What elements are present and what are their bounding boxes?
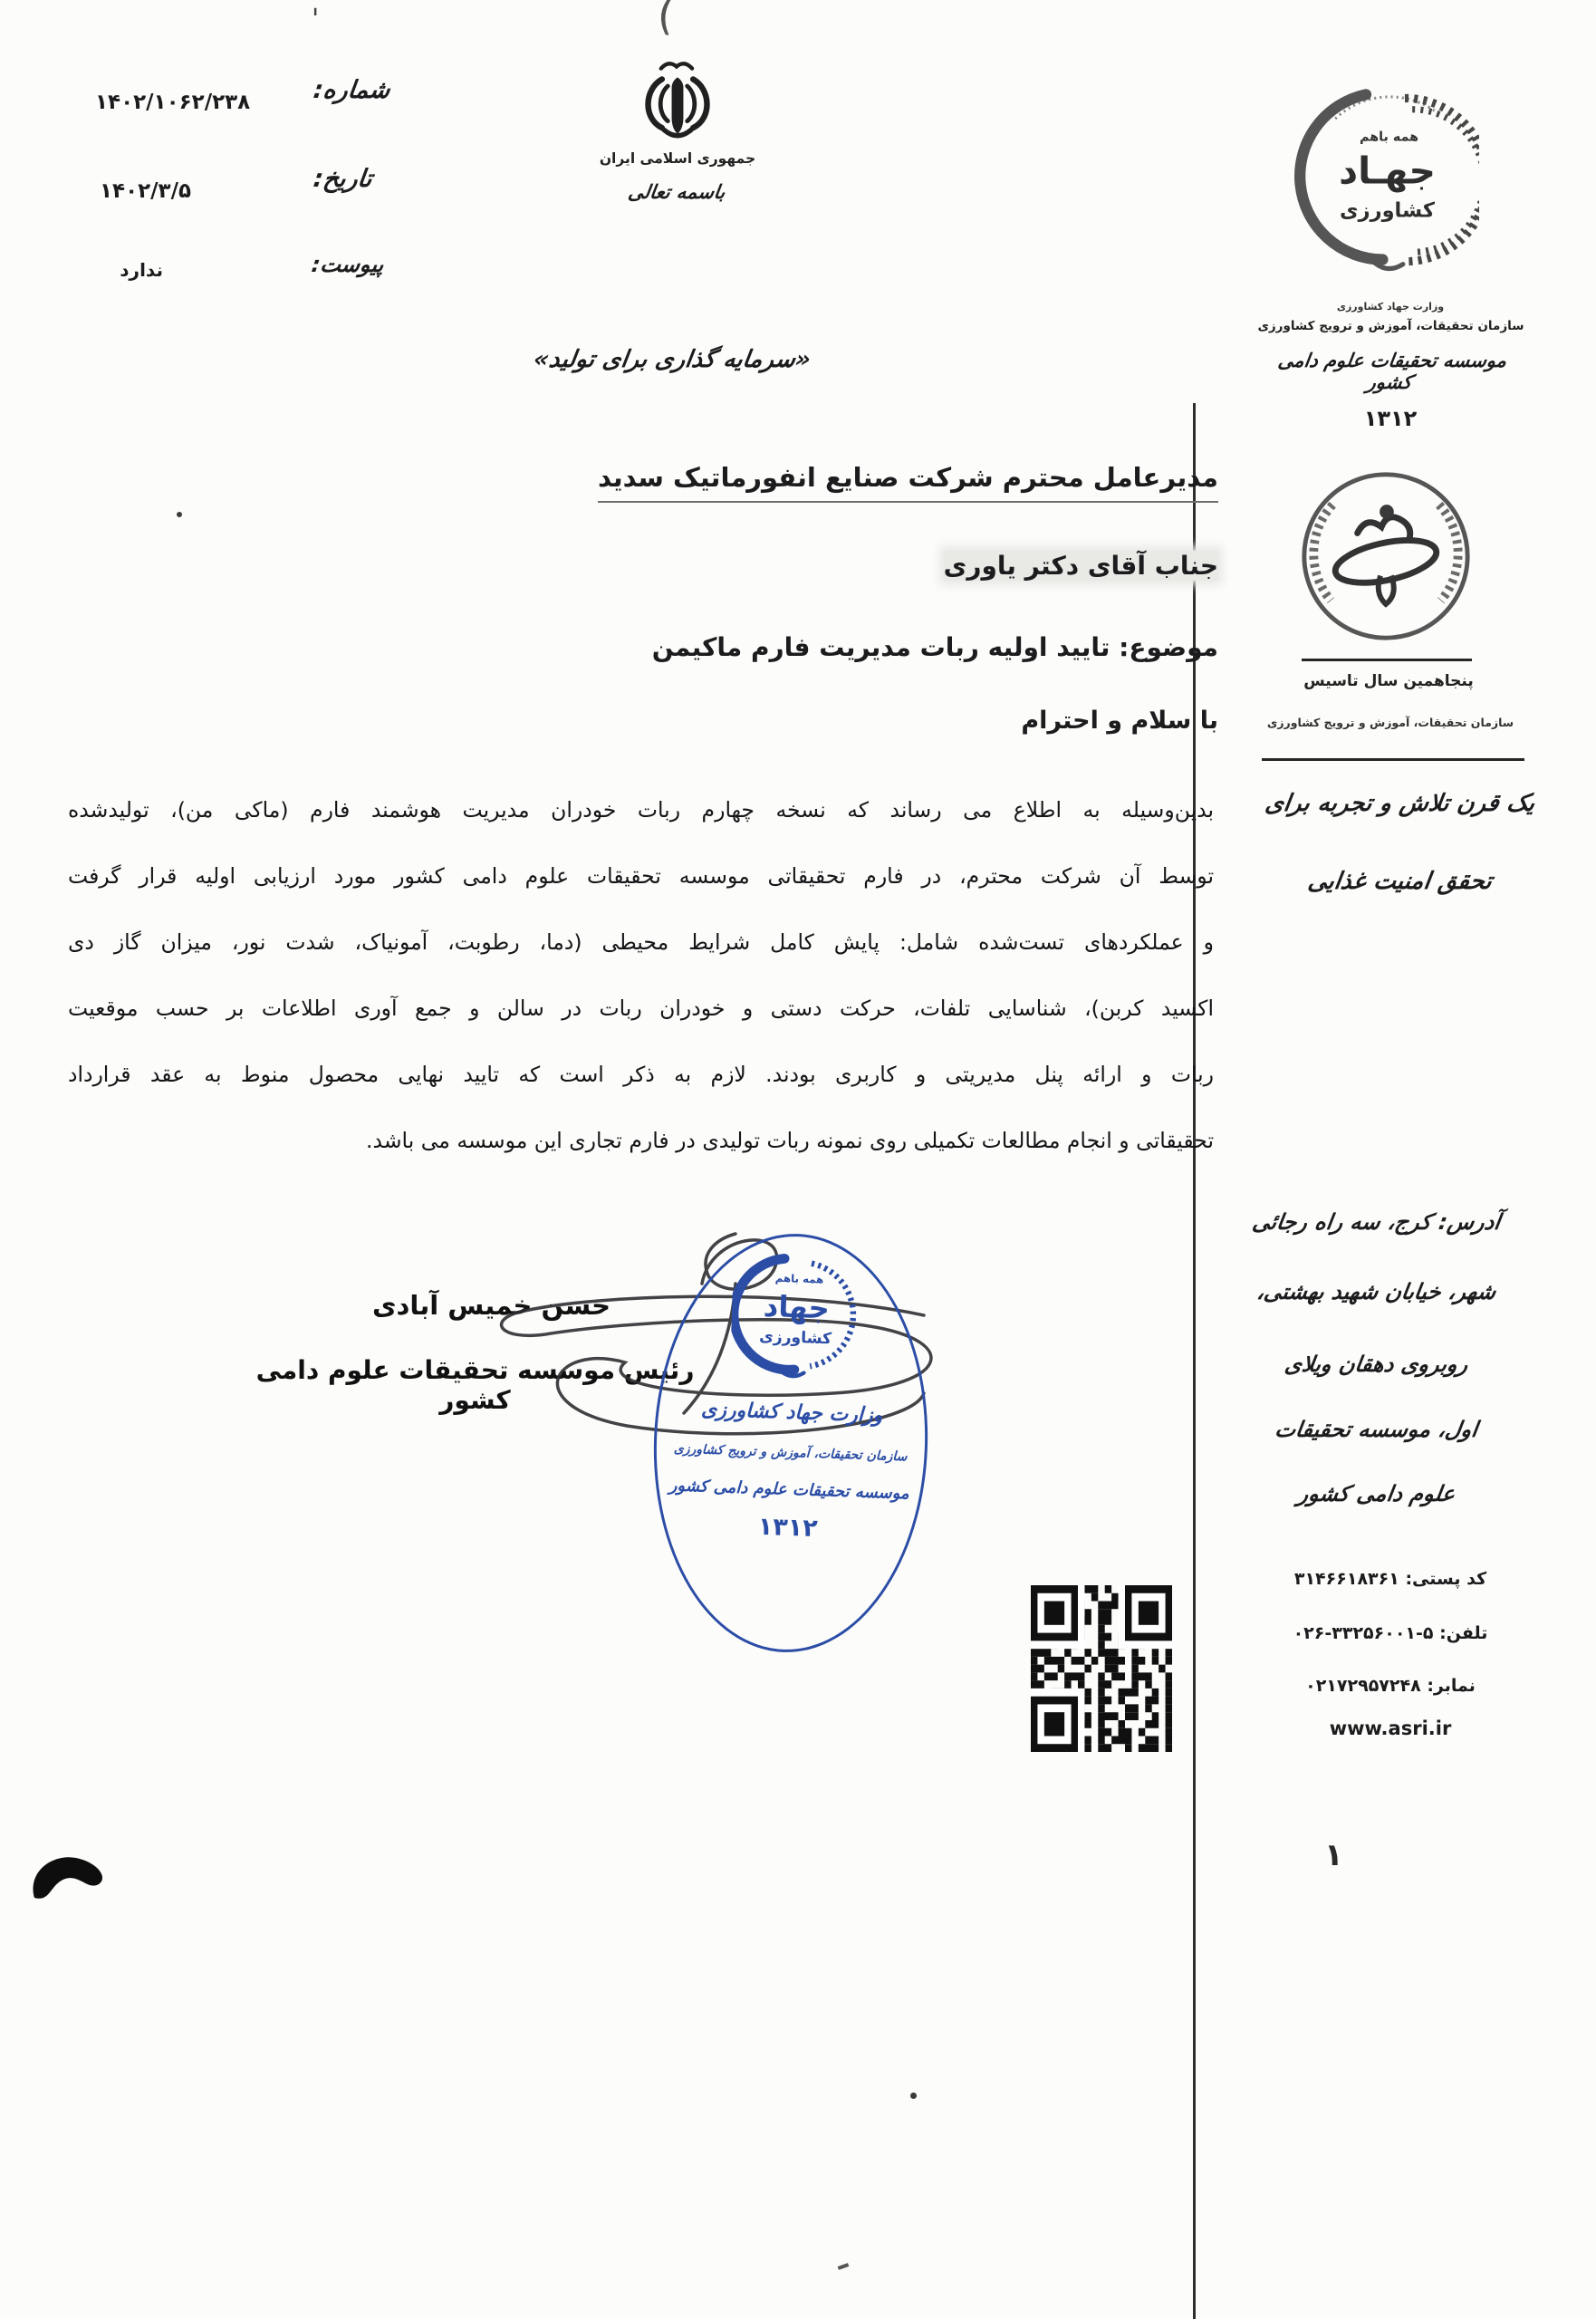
fax-line: نمابر: ۰۲۱۷۲۹۵۷۲۴۸: [1250, 1676, 1531, 1696]
phone-label: تلفن:: [1439, 1623, 1487, 1643]
page-number: ۱: [1324, 1837, 1343, 1873]
sidebar-divider-rule: [1302, 659, 1472, 661]
scan-artifact: (: [655, 0, 677, 41]
phone-line: تلفن: ۰۲۶-۳۳۲۵۶۰۰۱-۵: [1250, 1623, 1531, 1643]
iran-national-emblem-icon: [627, 60, 728, 152]
scan-artifact: [838, 2263, 850, 2270]
organization-repeat-text: سازمان تحقیقات، آموزش و ترویج کشاورزی: [1255, 716, 1525, 729]
letter-number-value: ۱۴۰۲/۱۰۶۲/۲۳۸: [95, 91, 240, 114]
anniversary-text: پنجاهمین سال تاسیس: [1266, 672, 1511, 690]
stamp-logo-subtitle: کشاورزی: [759, 1328, 832, 1349]
ink-blot-artifact: [25, 1848, 116, 1916]
recipient-line2: جناب آقای دکتر یاوری: [380, 551, 1218, 581]
recipient-line1: مدیرعامل محترم شرکت صنایع انفورماتیک سدی…: [380, 462, 1218, 503]
emblem-country-name: جمهوری اسلامی ایران: [587, 150, 768, 167]
letterhead-ministry: وزارت جهاد کشاورزی: [1273, 301, 1508, 313]
address-line: علوم دامی کشور: [1223, 1481, 1530, 1506]
jahad-keshavarzi-logo: همه باهم جهـاد کشاورزی: [1293, 80, 1479, 277]
letter-date-value: ۱۴۰۲/۳/۵: [100, 179, 199, 203]
recipient-person: جناب آقای دکتر یاوری: [944, 551, 1218, 581]
address-line: آدرس: کرج، سه راه رجائی: [1223, 1209, 1530, 1235]
scan-artifact: [910, 2093, 917, 2099]
logo-title: جهـاد: [1339, 149, 1436, 193]
column-divider-line: [1193, 403, 1196, 2319]
postal-code-value: ۳۱۴۶۶۱۸۳۶۱: [1294, 1569, 1399, 1589]
letter-slogan: «سرمایه گذاری برای تولید»: [498, 346, 846, 373]
body-line: تحقیقاتی و انجام مطالعات تکمیلی روی نمون…: [68, 1108, 1214, 1174]
stamp-logo-title: جهاد: [763, 1289, 830, 1326]
letterhead-organization: سازمان تحقیقات، آموزش و ترویج کشاورزی: [1253, 319, 1529, 333]
letter-attachment-label: پیوست:: [310, 252, 385, 277]
scan-artifact: [177, 512, 182, 517]
body-line: بدین‌وسیله به اطلاع می رساند که نسخه چها…: [68, 777, 1214, 843]
stamp-ministry: وزارت جهاد کشاورزی: [665, 1397, 919, 1429]
fax-label: نمابر:: [1427, 1676, 1476, 1696]
subject-line: موضوع: تایید اولیه ربات مدیریت فارم ماکی…: [380, 632, 1218, 662]
century-motto-line2: تحقق امنیت غذایی: [1264, 868, 1535, 895]
website-url: www.asri.ir: [1250, 1718, 1531, 1739]
logo-subtitle: کشاورزی: [1340, 198, 1436, 222]
phone-value: ۰۲۶-۳۳۲۵۶۰۰۱-۵: [1293, 1623, 1434, 1643]
body-line: اکسید کربن)، شناسایی تلفات، حرکت دستی و …: [68, 976, 1214, 1042]
letterhead-founding-year: ۱۳۱۲: [1332, 406, 1449, 431]
stamp-jahad-logo-icon: همه باهم جهاد کشاورزی: [729, 1247, 860, 1388]
asri-institute-logo: [1297, 466, 1475, 647]
postal-code-line: کد پستی: ۳۱۴۶۶۱۸۳۶۱: [1250, 1569, 1531, 1589]
sidebar-divider-rule: [1262, 758, 1524, 761]
body-line: توسط آن شرکت محترم، در فارم تحقیقاتی موس…: [68, 843, 1214, 909]
letter-attachment-value: ندارد: [100, 259, 163, 281]
letter-number-label: شماره:: [312, 76, 391, 104]
qr-code: [1031, 1585, 1172, 1752]
body-line: ربات و ارائه پنل مدیریتی و کاربری بودند.…: [68, 1042, 1214, 1108]
stamp-organization: سازمان تحقیقات، آموزش و ترویج کشاورزی: [660, 1441, 919, 1465]
logo-motto: همه باهم: [1360, 130, 1418, 145]
bismillah-script: باسمه تعالی: [607, 181, 745, 203]
century-motto-line1: یک قرن تلاش و تجربه برای: [1246, 790, 1553, 817]
scanned-letter-page: ' ( شماره: ۱۴۰۲/۱۰۶۲/۲۳۸ تاریخ: ۱۴۰۲/۳/۵…: [0, 0, 1596, 2319]
address-line: اول، موسسه تحقیقات: [1223, 1417, 1530, 1442]
postal-code-label: کد پستی:: [1405, 1569, 1486, 1589]
address-line: روبروی دهقان ویلای: [1223, 1352, 1530, 1377]
stamp-institute: موسسه تحقیقات علوم دامی کشور: [667, 1476, 912, 1503]
recipient-company: مدیرعامل محترم شرکت صنایع انفورماتیک سدی…: [598, 462, 1218, 503]
fax-value: ۰۲۱۷۲۹۵۷۲۴۸: [1305, 1676, 1421, 1696]
stamp-logo-motto: همه باهم: [775, 1272, 824, 1286]
address-line: شهر، خیابان شهید بهشتی،: [1223, 1279, 1530, 1304]
scan-artifact: ': [312, 4, 319, 35]
letterhead-institute: موسسه تحقیقات علوم دامی کشور: [1255, 350, 1528, 393]
salutation: با سلام و احترام: [380, 707, 1218, 735]
body-line: و عملکردهای تست‌شده شامل: پایش کامل شرای…: [68, 909, 1214, 976]
stamp-year: ۱۳۱۲: [757, 1513, 818, 1543]
letter-body-paragraph: بدین‌وسیله به اطلاع می رساند که نسخه چها…: [68, 777, 1214, 1174]
letter-date-label: تاریخ:: [312, 165, 373, 193]
